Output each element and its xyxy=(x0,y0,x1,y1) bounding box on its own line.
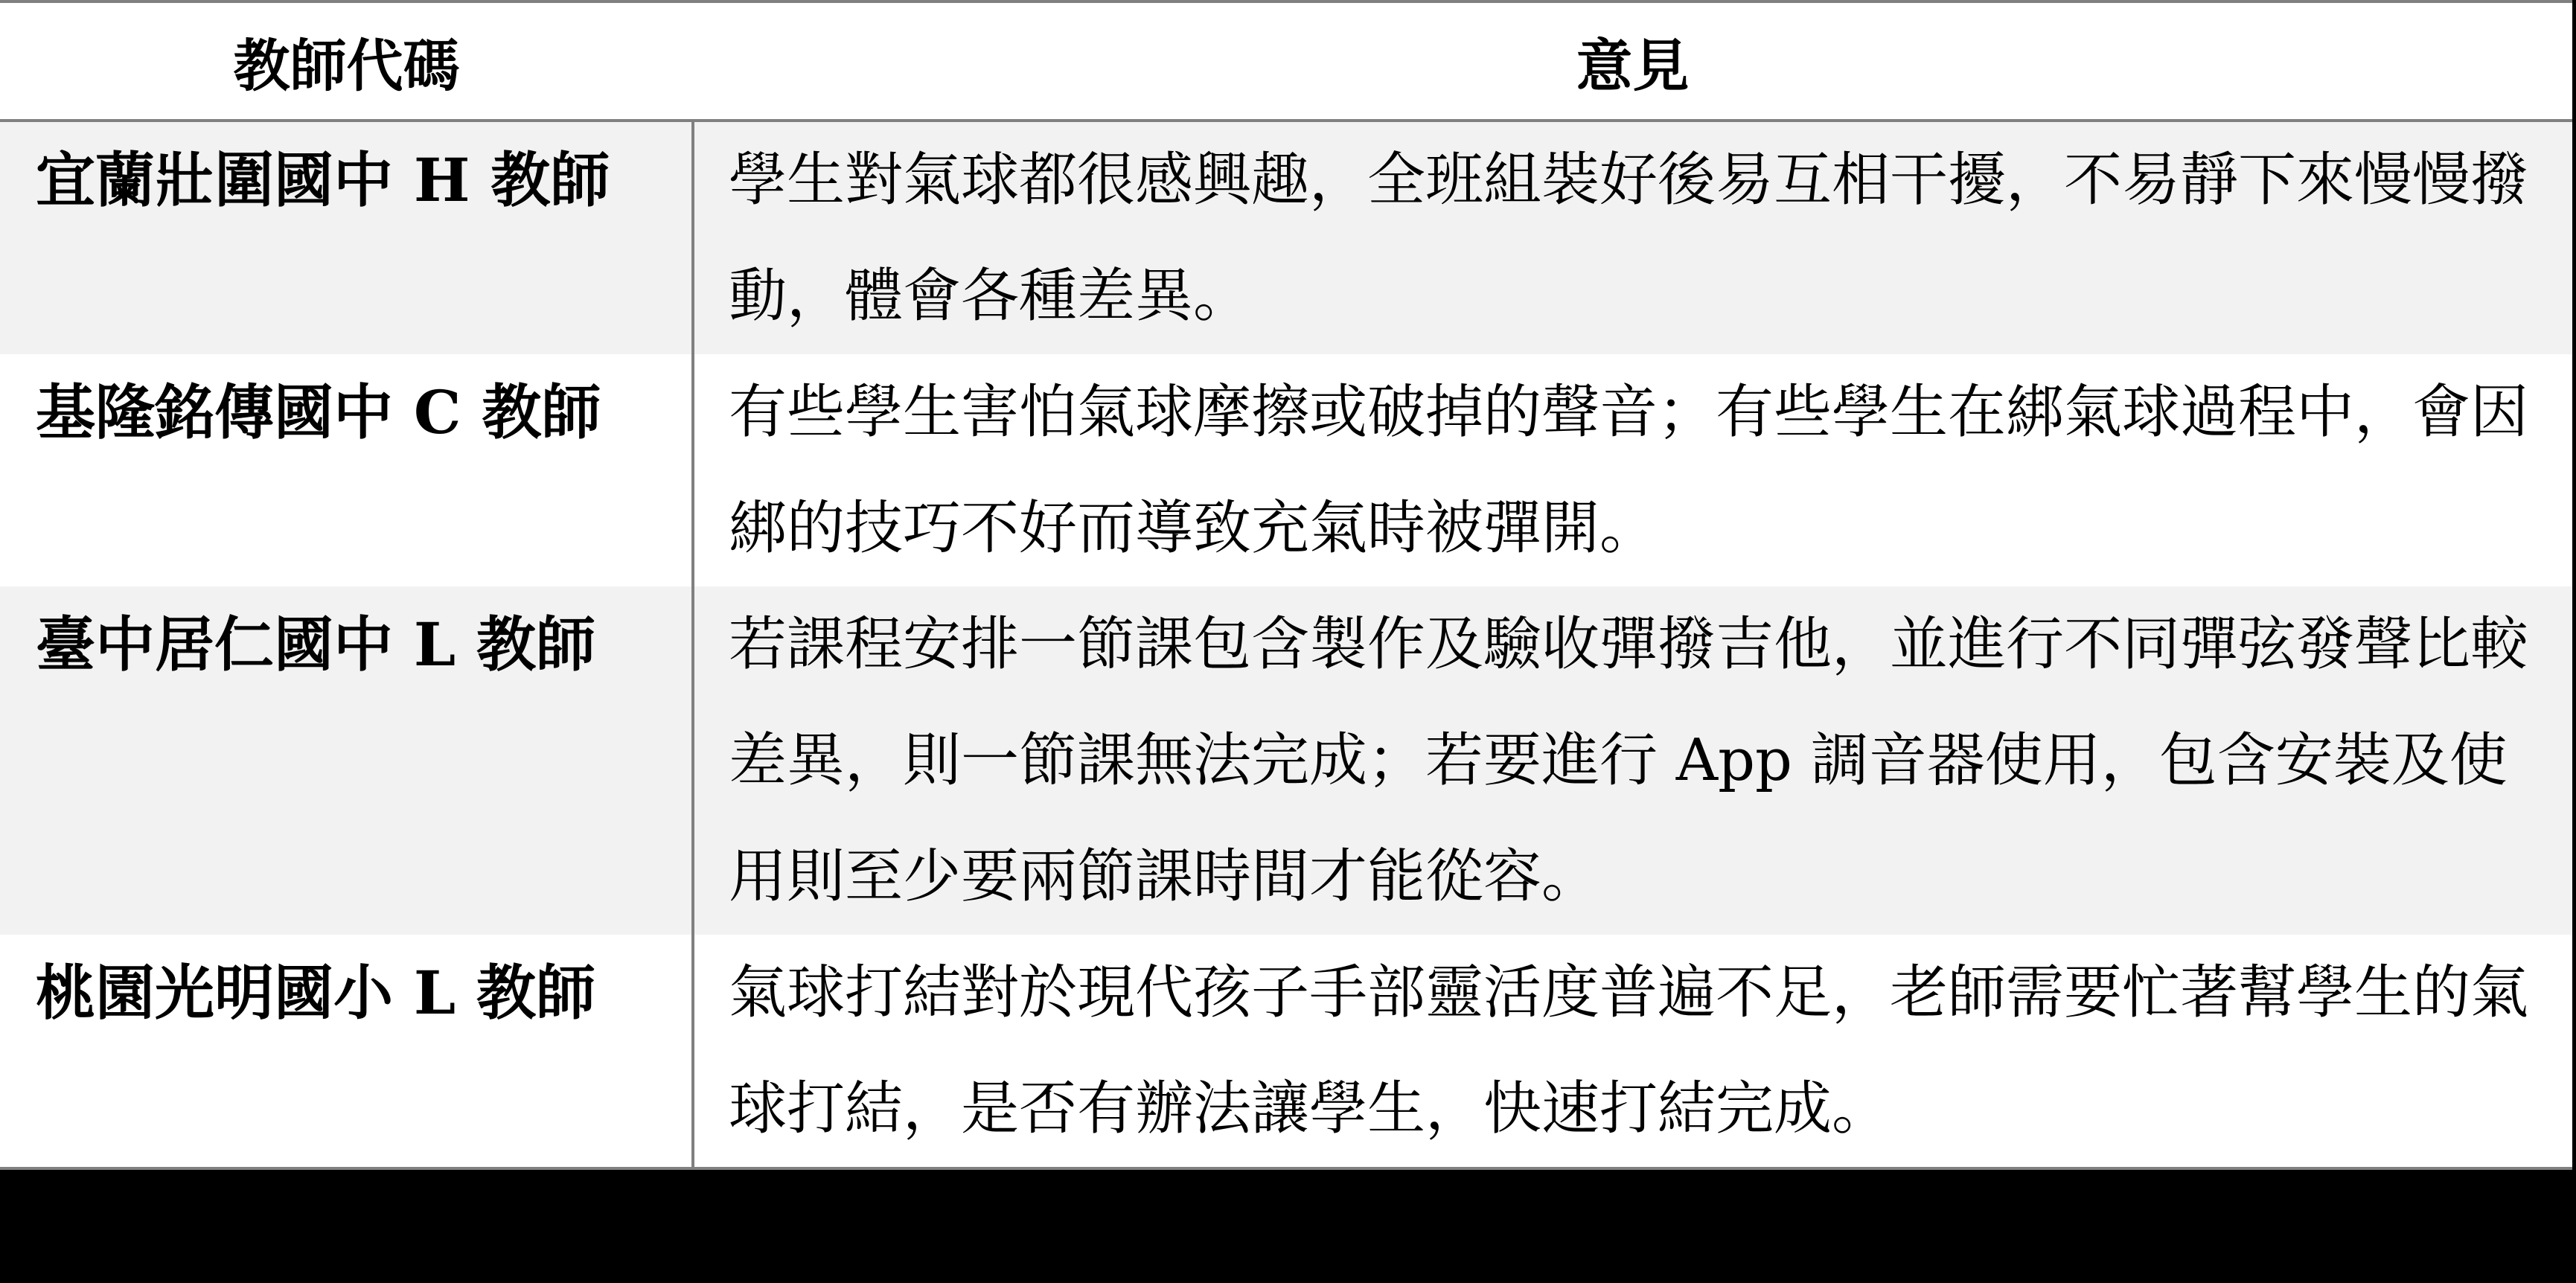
table-row: 宜蘭壯圍國中 H 教師 學生對氣球都很感興趣，全班組裝好後易互相干擾，不易靜下來… xyxy=(0,121,2572,354)
opinion-cell: 氣球打結對於現代孩子手部靈活度普遍不足，老師需要忙著幫學生的氣球打結，是否有辦法… xyxy=(693,935,2572,1168)
header-teacher-code: 教師代碼 xyxy=(0,1,693,121)
teacher-code-cell: 基隆銘傳國中 C 教師 xyxy=(0,354,693,586)
table-row: 基隆銘傳國中 C 教師 有些學生害怕氣球摩擦或破掉的聲音；有些學生在綁氣球過程中… xyxy=(0,354,2572,586)
teacher-code-cell: 臺中居仁國中 L 教師 xyxy=(0,586,693,935)
header-opinion: 意見 xyxy=(693,1,2572,121)
opinion-cell: 若課程安排一節課包含製作及驗收彈撥吉他，並進行不同彈弦發聲比較差異，則一節課無法… xyxy=(693,586,2572,935)
teacher-feedback-table-container: 教師代碼 意見 宜蘭壯圍國中 H 教師 學生對氣球都很感興趣，全班組裝好後易互相… xyxy=(0,0,2572,1170)
teacher-feedback-table: 教師代碼 意見 宜蘭壯圍國中 H 教師 學生對氣球都很感興趣，全班組裝好後易互相… xyxy=(0,0,2572,1170)
table-row: 桃園光明國小 L 教師 氣球打結對於現代孩子手部靈活度普遍不足，老師需要忙著幫學… xyxy=(0,935,2572,1168)
opinion-cell: 有些學生害怕氣球摩擦或破掉的聲音；有些學生在綁氣球過程中，會因綁的技巧不好而導致… xyxy=(693,354,2572,586)
table-header-row: 教師代碼 意見 xyxy=(0,1,2572,121)
opinion-cell: 學生對氣球都很感興趣，全班組裝好後易互相干擾，不易靜下來慢慢撥動，體會各種差異。 xyxy=(693,121,2572,354)
teacher-code-cell: 桃園光明國小 L 教師 xyxy=(0,935,693,1168)
table-row: 臺中居仁國中 L 教師 若課程安排一節課包含製作及驗收彈撥吉他，並進行不同彈弦發… xyxy=(0,586,2572,935)
teacher-code-cell: 宜蘭壯圍國中 H 教師 xyxy=(0,121,693,354)
